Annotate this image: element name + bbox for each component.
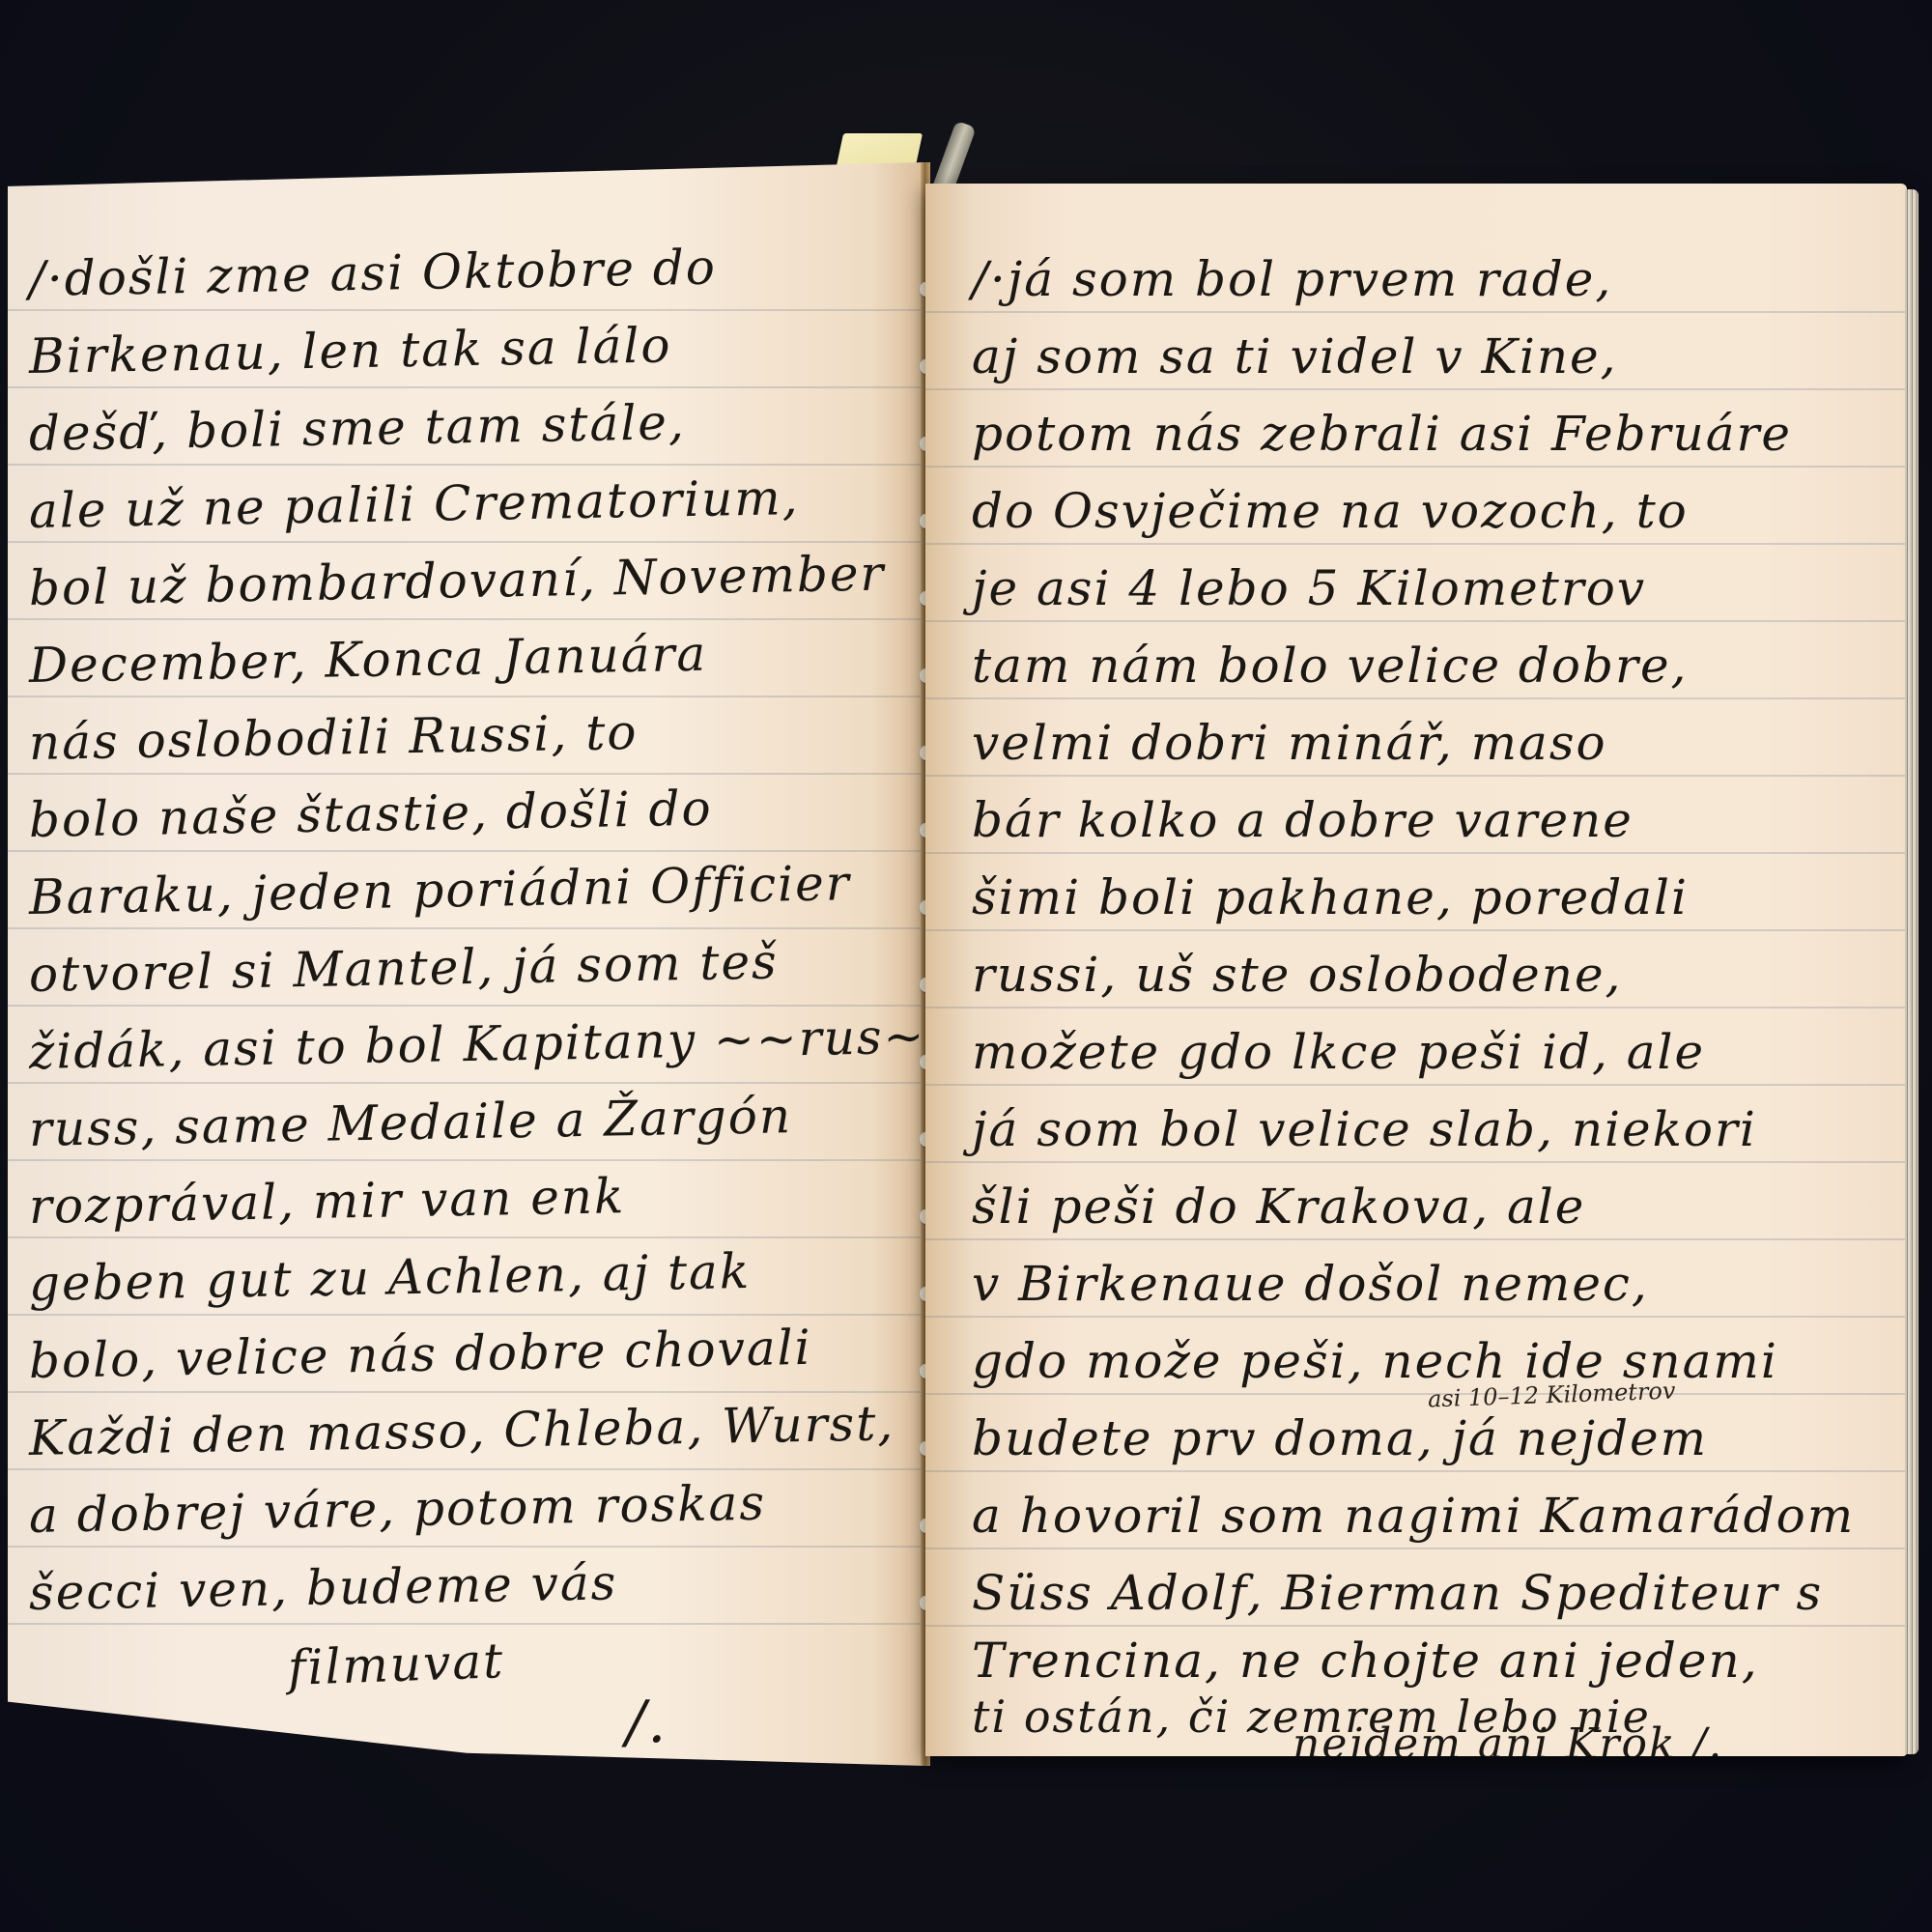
- ruled-line: [925, 1548, 1907, 1549]
- ruled-line: [8, 1159, 925, 1161]
- handwritten-line: russ, same Medaile a Žargón: [28, 1088, 792, 1157]
- handwritten-line: aj som sa ti videl v Kine,: [972, 328, 1618, 384]
- handwritten-line: /·došli zme asi Oktobre do: [28, 240, 717, 307]
- ruled-line: [8, 696, 925, 697]
- ruled-line: [8, 618, 925, 620]
- handwritten-line: russi, uš ste oslobodene,: [972, 947, 1622, 1003]
- ruled-line: [8, 1546, 925, 1548]
- handwritten-line: Süss Adolf, Bierman Spediteur s: [972, 1565, 1823, 1621]
- ruled-line: [8, 386, 925, 388]
- handwritten-line: je asi 4 lebo 5 Kilometrov: [972, 560, 1646, 616]
- handwritten-line: rozprával, mir van enk: [28, 1168, 625, 1235]
- handwritten-line: Birkenau, len tak sa lálo: [28, 317, 671, 384]
- closing-mark: /.: [626, 1689, 668, 1756]
- ruled-line: [925, 929, 1907, 931]
- handwritten-line: budete prv doma, já nejdem: [972, 1410, 1708, 1466]
- ruled-line: [925, 1238, 1907, 1240]
- handwritten-line: a hovoril som nagimi Kamarádom: [972, 1488, 1855, 1544]
- ruled-line: [925, 1007, 1907, 1009]
- handwritten-line: December, Konca Januára: [28, 626, 707, 694]
- handwritten-line: geben gut zu Achlen, aj tak: [28, 1243, 751, 1312]
- handwritten-line: bár kolko a dobre varene: [972, 792, 1634, 848]
- ruled-line: [8, 309, 925, 311]
- ruled-line: [8, 1623, 925, 1625]
- ruled-line: [8, 1468, 925, 1470]
- handwritten-line: šli peši do Krakova, ale: [972, 1179, 1585, 1235]
- ruled-line: [925, 311, 1907, 313]
- left-page: /·došli zme asi Oktobre do Birkenau, len…: [8, 162, 925, 1766]
- right-page: /·já som bol prvem rade, aj som sa ti vi…: [925, 184, 1907, 1756]
- ruled-line: [8, 773, 925, 775]
- ruled-line: [8, 1391, 925, 1393]
- handwritten-line: otvorel si Mantel, já som teš: [28, 933, 779, 1003]
- ruled-line: [8, 1005, 925, 1007]
- ruled-line: [8, 1236, 925, 1238]
- handwritten-line: velmi dobri minář, maso: [972, 715, 1607, 771]
- handwritten-line: já som bol velice slab, niekori: [972, 1101, 1757, 1157]
- handwritten-line: v Birkenaue došol nemec,: [972, 1256, 1649, 1312]
- ruled-line: [8, 541, 925, 543]
- ruled-line: [925, 775, 1907, 777]
- handwritten-line: možete gdo lkce peši id, ale: [972, 1024, 1705, 1080]
- handwritten-line: šecci ven, budeme vás: [28, 1554, 617, 1621]
- ruled-line: [8, 1082, 925, 1084]
- ruled-line: [8, 1314, 925, 1316]
- ruled-line: [8, 927, 925, 929]
- handwritten-line: potom nás zebrali asi Februáre: [972, 406, 1792, 462]
- ruled-line: [925, 1470, 1907, 1472]
- ruled-line: [8, 464, 925, 466]
- handwritten-line: /·já som bol prvem rade,: [972, 251, 1612, 307]
- handwritten-line: filmuvat: [287, 1633, 505, 1696]
- ruled-line: [925, 852, 1907, 854]
- page-edge-stack: [1905, 189, 1918, 1754]
- handwritten-line: Trencina, ne chojte ani jeden,: [972, 1633, 1759, 1689]
- ruled-line: [925, 697, 1907, 699]
- handwritten-line: nejdem ani Krok /.: [1293, 1719, 1723, 1756]
- ruled-line: [925, 1625, 1907, 1627]
- ruled-line: [925, 620, 1907, 622]
- ruled-line: [925, 1161, 1907, 1163]
- handwritten-line: do Osvječime na vozoch, to: [972, 483, 1689, 539]
- handwritten-line: bolo naše štastie, došli do: [28, 781, 713, 848]
- handwritten-line: Baraku, jeden poriádni Officier: [28, 855, 851, 925]
- handwritten-line: Každi den masso, Chleba, Wurst,: [28, 1395, 895, 1466]
- handwritten-line: nás oslobodili Russi, to: [28, 704, 638, 771]
- handwritten-line: šimi boli pakhane, poredali: [972, 869, 1689, 925]
- ruled-line: [8, 850, 925, 852]
- ruled-line: [925, 1084, 1907, 1086]
- handwritten-line: dešď, boli sme tam stále,: [28, 394, 686, 462]
- ruled-line: [925, 1316, 1907, 1318]
- handwritten-line: tam nám bolo velice dobre,: [972, 638, 1688, 694]
- ruled-line: [925, 466, 1907, 468]
- handwritten-line: bol už bombardovaní, November: [28, 546, 885, 616]
- ruled-line: [925, 1393, 1907, 1395]
- ruled-line: [925, 388, 1907, 390]
- handwritten-line: židák, asi to bol Kapitany ~~rus~~: [28, 1008, 925, 1080]
- handwritten-line: ale už ne palili Crematorium,: [28, 469, 800, 539]
- handwritten-line: a dobrej váre, potom roskas: [28, 1475, 766, 1544]
- handwritten-line: bolo, velice nás dobre chovali: [28, 1320, 812, 1389]
- ruled-line: [925, 543, 1907, 545]
